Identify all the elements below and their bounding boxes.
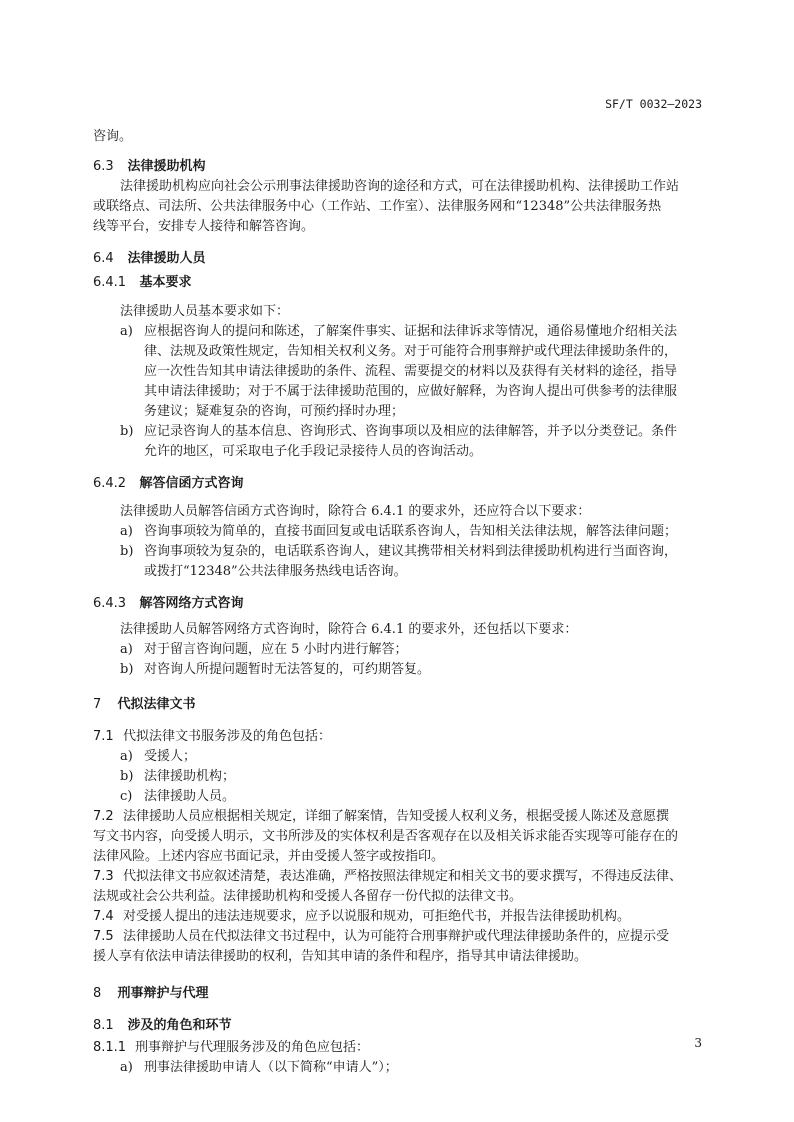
clause-text: 法律援助人员在代拟法律文书过程中，认为可能符合刑事辩护或代理法律援助条件的，应提… (123, 929, 669, 944)
clause-number: 8.1.1 (93, 1038, 135, 1058)
section-title: 法律援助人员 (128, 251, 206, 266)
chapter-title: 代拟法律文书 (118, 697, 196, 712)
paragraph-line: 线等平台，安排专人接待和解答咨询。 (93, 217, 314, 237)
clause-number: 7.5 (93, 927, 123, 947)
section-heading-6-4: 6.4 法律援助人员 (93, 247, 206, 266)
list-item-b: b)咨询事项较为复杂的，电话联系咨询人，建议其携带相关材料到法律援助机构进行当面… (120, 542, 677, 562)
list-item-a: a)对于留言咨询问题，应在 5 小时内进行解答； (120, 640, 408, 660)
list-text: 受援人； (144, 749, 196, 764)
section-title: 基本要求 (140, 275, 192, 290)
section-title: 法律援助机构 (128, 159, 206, 174)
chapter-number: 7 (93, 697, 113, 712)
clause-number: 7.1 (93, 727, 123, 747)
section-number: 6.3 (93, 159, 123, 174)
section-number: 8.1 (93, 1018, 123, 1033)
clause-text: 对受援人提出的违法违规要求，应予以说服和规劝，可拒绝代书，并报告法律援助机构。 (123, 909, 630, 924)
section-heading-6-3: 6.3 法律援助机构 (93, 155, 206, 174)
paragraph-line: 法律援助人员解答网络方式咨询时，除符合 6.4.1 的要求外，还包括以下要求： (120, 620, 577, 640)
section-number: 6.4 (93, 251, 123, 266)
chapter-heading-8: 8 刑事辩护与代理 (93, 982, 209, 1001)
section-heading-6-4-2: 6.4.2 解答信函方式咨询 (93, 472, 244, 491)
paragraph-line: 法律风险。上述内容应书面记录，并由受援人签字或按指印。 (93, 847, 444, 867)
list-label: b) (120, 660, 144, 680)
clause-text: 刑事辩护与代理服务涉及的角色应包括： (135, 1040, 369, 1055)
paragraph-line: 援人享有依法申请法律援助的权利，告知其申请的条件和程序，指导其申请法律援助。 (93, 947, 587, 967)
chapter-title: 刑事辩护与代理 (118, 986, 209, 1001)
clause-text: 法律援助人员应根据相关规定，详细了解案情，告知受援人权利义务，根据受援人陈述及意… (123, 809, 669, 824)
page-number: 3 (694, 1036, 702, 1050)
clause-number: 7.4 (93, 907, 123, 927)
paragraph-line: 法规或社会公共利益。法律援助机构和受援人各留存一份代拟的法律文书。 (93, 887, 522, 907)
list-label: c) (120, 787, 144, 807)
list-item-b: b)应记录咨询人的基本信息、咨询形式、咨询事项以及相应的法律解答，并予以分类登记… (120, 422, 677, 442)
list-label: a) (120, 640, 144, 660)
clause-7-3: 7.3代拟法律文书应叙述清楚，表达准确，严格按照法律规定和相关文书的要求撰写，不… (93, 867, 682, 887)
list-text-continued: 务建议；疑难复杂的咨询，可预约择时办理； (144, 402, 404, 422)
clause-7-2: 7.2法律援助人员应根据相关规定，详细了解案情，告知受援人权利义务，根据受援人陈… (93, 807, 669, 827)
clause-7-1: 7.1代拟法律文书服务涉及的角色包括： (93, 727, 331, 747)
list-text: 对于留言咨询问题，应在 5 小时内进行解答； (144, 642, 408, 657)
clause-8-1-1: 8.1.1刑事辩护与代理服务涉及的角色应包括： (93, 1038, 369, 1058)
list-text: 刑事法律援助申请人（以下简称“申请人”）； (144, 1060, 398, 1075)
list-text-continued: 律、法规及政策性规定，告知相关权利义务。对于可能符合刑事辩护或代理法律援助条件的… (144, 342, 677, 362)
clause-7-5: 7.5法律援助人员在代拟法律文书过程中，认为可能符合刑事辩护或代理法律援助条件的… (93, 927, 669, 947)
list-label: b) (120, 542, 144, 562)
list-label: a) (120, 322, 144, 342)
list-text: 法律援助机构； (144, 769, 235, 784)
list-text: 对咨询人所提问题暂时无法答复的，可约期答复。 (144, 662, 430, 677)
list-item-a: a)咨询事项较为简单的，直接书面回复或电话联系咨询人，告知相关法律法规，解答法律… (120, 522, 677, 542)
list-label: a) (120, 522, 144, 542)
paragraph-line: 法律援助人员解答信函方式咨询时，除符合 6.4.1 的要求外，还应符合以下要求： (120, 502, 590, 522)
list-text-continued: 允许的地区，可采取电子化手段记录接待人员的咨询活动。 (144, 442, 482, 462)
document-code-header: SF/T 0032—2023 (605, 97, 702, 111)
list-item-a: a)刑事法律援助申请人（以下简称“申请人”）； (120, 1058, 398, 1078)
list-item-a: a)受援人； (120, 747, 196, 767)
clause-text: 代拟法律文书服务涉及的角色包括： (123, 729, 331, 744)
section-number: 6.4.2 (93, 476, 135, 491)
section-heading-6-4-1: 6.4.1 基本要求 (93, 271, 192, 290)
list-text: 应根据咨询人的提问和陈述，了解案件事实、证据和法律诉求等情况，通俗易懂地介绍相关… (144, 324, 677, 339)
list-text: 应记录咨询人的基本信息、咨询形式、咨询事项以及相应的法律解答，并予以分类登记。条… (144, 424, 677, 439)
continued-text: 咨询。 (93, 127, 132, 147)
list-text: 法律援助人员。 (144, 789, 235, 804)
list-item-b: b)法律援助机构； (120, 767, 235, 787)
list-label: a) (120, 1058, 144, 1078)
clause-number: 7.3 (93, 867, 123, 887)
clause-text: 代拟法律文书应叙述清楚，表达准确，严格按照法律规定和相关文书的要求撰写，不得违反… (123, 869, 682, 884)
chapter-number: 8 (93, 986, 113, 1001)
section-heading-8-1: 8.1 涉及的角色和环节 (93, 1014, 232, 1033)
clause-number: 7.2 (93, 807, 123, 827)
paragraph-line: 法律援助人员基本要求如下： (120, 302, 289, 322)
paragraph-line: 写文书内容，向受援人明示，文书所涉及的实体权利是否客观存在以及相关诉求能否实现等… (93, 827, 678, 847)
list-item-b: b)对咨询人所提问题暂时无法答复的，可约期答复。 (120, 660, 430, 680)
clause-7-4: 7.4对受援人提出的违法违规要求，应予以说服和规劝，可拒绝代书，并报告法律援助机… (93, 907, 630, 927)
section-title: 解答信函方式咨询 (140, 476, 244, 491)
list-text-continued: 其申请法律援助；对于不属于法律援助范围的，应做好解释，为咨询人提出可供参考的法律… (144, 382, 677, 402)
list-text-continued: 应一次性告知其申请法律援助的条件、流程、需要提交的材料以及获得有关材料的途径，指… (144, 362, 677, 382)
list-text: 咨询事项较为简单的，直接书面回复或电话联系咨询人，告知相关法律法规，解答法律问题… (144, 524, 677, 539)
list-text-continued: 或拨打“12348”公共法律服务热线电话咨询。 (144, 562, 407, 582)
section-title: 涉及的角色和环节 (128, 1018, 232, 1033)
section-title: 解答网络方式咨询 (140, 596, 244, 611)
list-text: 咨询事项较为复杂的，电话联系咨询人，建议其携带相关材料到法律援助机构进行当面咨询… (144, 544, 677, 559)
list-label: a) (120, 747, 144, 767)
chapter-heading-7: 7 代拟法律文书 (93, 693, 196, 712)
paragraph-line: 法律援助机构应向社会公示刑事法律援助咨询的途径和方式，可在法律援助机构、法律援助… (120, 177, 679, 197)
list-label: b) (120, 422, 144, 442)
paragraph-line: 或联络点、司法所、公共法律服务中心（工作站、工作室）、法律服务网和“12348”… (93, 197, 661, 217)
list-item-a: a)应根据咨询人的提问和陈述，了解案件事实、证据和法律诉求等情况，通俗易懂地介绍… (120, 322, 677, 342)
section-number: 6.4.3 (93, 596, 135, 611)
section-number: 6.4.1 (93, 275, 135, 290)
section-heading-6-4-3: 6.4.3 解答网络方式咨询 (93, 592, 244, 611)
list-item-c: c)法律援助人员。 (120, 787, 235, 807)
list-label: b) (120, 767, 144, 787)
